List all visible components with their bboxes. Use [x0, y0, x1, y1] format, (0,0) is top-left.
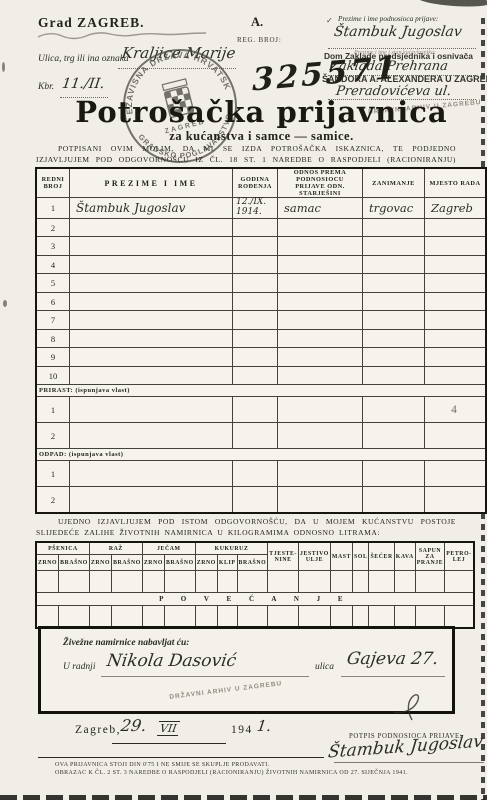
supplies-col-header: SOL — [353, 542, 369, 571]
supplies-cell — [445, 571, 474, 593]
person-cell — [363, 255, 425, 274]
supplies-cell — [89, 571, 111, 593]
person-row: 14 — [36, 397, 486, 423]
date-year-handwriting: 1. — [256, 717, 273, 735]
signature-line — [334, 762, 484, 763]
date-month-handwriting: VII — [157, 721, 180, 736]
supplies-cell — [217, 571, 237, 593]
person-cell — [70, 311, 233, 330]
kbr-value-handwriting: 11./II. — [61, 76, 106, 92]
person-cell — [233, 487, 278, 514]
person-row: 6 — [36, 292, 486, 311]
povecanje-row: P O V E Ć A N J E — [36, 593, 474, 606]
supplies-cell — [59, 571, 90, 593]
supplies-cell — [89, 606, 111, 629]
supplies-cell — [369, 571, 394, 593]
person-cell — [363, 366, 425, 385]
person-cell — [233, 292, 278, 311]
person-row: 5 — [36, 274, 486, 293]
section-letter: A. — [251, 15, 263, 30]
person-cell — [278, 487, 363, 514]
person-cell: 5 — [36, 274, 70, 293]
persons-header-cell: PREZIME I IME — [70, 168, 233, 198]
person-cell — [363, 329, 425, 348]
person-cell — [233, 348, 278, 367]
person-cell — [278, 237, 363, 256]
persons-header-row: REDNI BROJPREZIME I IMEGODINA ROĐENJAODN… — [36, 168, 486, 198]
persons-table-head: REDNI BROJPREZIME I IMEGODINA ROĐENJAODN… — [36, 168, 486, 198]
reg-broj-label: REG. BROJ: — [237, 36, 282, 44]
supplies-sub-header: ZRNO — [36, 555, 59, 571]
person-cell: 4 — [36, 255, 70, 274]
person-cell — [70, 423, 233, 449]
person-row: 10 — [36, 366, 486, 385]
person-cell: 8 — [36, 329, 70, 348]
person-cell: 6 — [36, 292, 70, 311]
person-cell — [70, 237, 233, 256]
supplies-cell — [369, 606, 394, 629]
person-cell: trgovac — [363, 198, 425, 219]
person-cell: 2 — [36, 487, 70, 514]
supplies-group-header: KUKURUZ — [195, 542, 268, 555]
person-row: 2 — [36, 423, 486, 449]
supplies-cell — [217, 606, 237, 629]
supplies-sub-header: KLIP — [217, 555, 237, 571]
supplies-cell — [237, 571, 268, 593]
footer-note-1: OVA PRIJAVNICA STOJI DIN 0'75 I NE SMIJE… — [55, 762, 270, 768]
person-row: 9 — [36, 348, 486, 367]
person-cell — [233, 329, 278, 348]
scan-speck — [3, 300, 7, 307]
person-cell: 1 — [36, 397, 70, 423]
person-cell — [233, 311, 278, 330]
person-cell: samac — [278, 198, 363, 219]
person-row: 1 — [36, 461, 486, 487]
person-cell — [278, 461, 363, 487]
supplies-cell — [36, 606, 59, 629]
person-cell — [233, 255, 278, 274]
fill-line — [101, 675, 309, 677]
shop-name-handwriting: Nikola Dasović — [106, 651, 238, 671]
supplies-cell — [36, 571, 59, 593]
person-cell — [70, 292, 233, 311]
person-cell — [278, 366, 363, 385]
person-cell: 3 — [36, 237, 70, 256]
person-cell — [70, 274, 233, 293]
supplies-col-header: SAPUN ZA PRANJE — [415, 542, 444, 571]
supplies-cell — [445, 606, 474, 629]
supplies-cell — [330, 571, 352, 593]
person-cell — [425, 348, 487, 367]
person-cell — [233, 274, 278, 293]
supplies-col-header: JESTIVO ULJE — [298, 542, 330, 571]
date-place: Zagreb, — [75, 724, 121, 736]
person-cell: 2 — [36, 218, 70, 237]
persons-table-body: 1Štambuk Jugoslav12./IX. 1914.samactrgov… — [36, 198, 486, 514]
person-cell — [70, 487, 233, 514]
person-cell — [233, 461, 278, 487]
person-cell — [363, 423, 425, 449]
person-cell — [278, 255, 363, 274]
supplies-cell — [394, 606, 415, 629]
supplies-table-head: PŠENICARAŽJEČAMKUKURUZTJESTE- NINEJESTIV… — [36, 542, 474, 571]
supplies-col-header: MAST — [330, 542, 352, 571]
applicant-name-handwriting: Štambuk Jugoslav — [333, 24, 463, 40]
supplies-col-header: TJESTE- NINE — [268, 542, 299, 571]
person-cell — [425, 423, 487, 449]
shop-box-title: Živežne namirnice nabavljat ću: — [63, 638, 189, 648]
supplies-cell — [268, 571, 299, 593]
person-cell — [70, 255, 233, 274]
person-cell — [70, 366, 233, 385]
date-fill-line — [112, 743, 226, 744]
person-cell — [278, 218, 363, 237]
person-cell — [363, 461, 425, 487]
person-cell: 1 — [36, 461, 70, 487]
scanned-form-page: Grad ZAGREB. A. REG. BROJ: ✓ Prezime i i… — [0, 0, 487, 800]
person-row: 2 — [36, 218, 486, 237]
form-subtitle: za kućanstva i samce — samice. — [60, 129, 463, 144]
fill-line — [328, 47, 476, 49]
person-row: 4 — [36, 255, 486, 274]
supplies-cell — [394, 571, 415, 593]
date-year-printed: 194 — [231, 724, 253, 736]
person-cell — [233, 366, 278, 385]
person-cell — [278, 274, 363, 293]
supplies-group-header: PŠENICA — [36, 542, 89, 555]
person-cell — [363, 237, 425, 256]
supplies-cell — [112, 571, 143, 593]
supplies-sub-header: ZRNO — [142, 555, 164, 571]
supplies-cell — [165, 571, 196, 593]
supplies-sub-header: BRAŠNO — [237, 555, 268, 571]
scan-speck — [2, 62, 5, 72]
supplies-sub-header: ZRNO — [195, 555, 217, 571]
persons-header-cell: ZANIMANJE — [363, 168, 425, 198]
odpad-band: ODPAD: (ispunjava vlast) — [36, 449, 486, 461]
supplies-cell — [353, 571, 369, 593]
person-cell — [278, 311, 363, 330]
person-row: 8 — [36, 329, 486, 348]
prirast-band: PRIRAST: (ispunjava vlast) — [36, 385, 486, 397]
person-cell — [278, 423, 363, 449]
person-cell — [425, 237, 487, 256]
person-row: 1Štambuk Jugoslav12./IX. 1914.samactrgov… — [36, 198, 486, 219]
scan-edge-bottom — [0, 795, 487, 800]
kbr-label: Kbr. — [38, 82, 54, 92]
supplies-cell — [415, 571, 444, 593]
supplies-cell — [268, 606, 299, 629]
person-cell — [363, 274, 425, 293]
supplies-cell — [195, 571, 217, 593]
persons-header-cell: REDNI BROJ — [36, 168, 70, 198]
footer-rule — [38, 757, 324, 758]
person-cell: 4 — [425, 397, 487, 423]
person-cell: Zagreb — [425, 198, 487, 219]
pen-flourish — [382, 688, 444, 722]
supplies-cell — [59, 606, 90, 629]
person-cell — [363, 487, 425, 514]
archive-stamp: DRŽAVNI ARHIV U ZAGREBU — [169, 680, 283, 701]
date-day-handwriting: 29. — [120, 716, 148, 735]
odpad-band-label: ODPAD: (ispunjava vlast) — [36, 449, 486, 461]
supplies-cell — [142, 606, 164, 629]
fill-line — [341, 675, 445, 677]
supplies-table: PŠENICARAŽJEČAMKUKURUZTJESTE- NINEJESTIV… — [35, 541, 475, 629]
person-cell — [363, 348, 425, 367]
prirast-band-label: PRIRAST: (ispunjava vlast) — [36, 385, 486, 397]
supplies-col-header: ŠEĆER — [369, 542, 394, 571]
person-cell — [233, 397, 278, 423]
applicant-label: Prezime i ime podnosioca prijave: — [338, 14, 438, 23]
supplies-group-header: RAŽ — [89, 542, 142, 555]
supplies-cell — [353, 606, 369, 629]
person-cell — [425, 292, 487, 311]
supplies-value-row — [36, 571, 474, 593]
supplies-cell — [195, 606, 217, 629]
person-cell: Štambuk Jugoslav — [70, 198, 233, 219]
povecanje-label: P O V E Ć A N J E — [36, 593, 474, 606]
person-cell: 10 — [36, 366, 70, 385]
supplies-table-body: P O V E Ć A N J E — [36, 571, 474, 629]
persons-table: REDNI BROJPREZIME I IMEGODINA ROĐENJAODN… — [35, 167, 487, 514]
supplies-cell — [165, 606, 196, 629]
supplies-sub-header: BRAŠNO — [165, 555, 196, 571]
person-cell — [233, 423, 278, 449]
person-cell — [278, 292, 363, 311]
supplies-cell — [112, 606, 143, 629]
person-cell — [425, 487, 487, 514]
person-cell — [70, 397, 233, 423]
person-cell: 1 — [36, 198, 70, 219]
supplies-sub-header: ZRNO — [89, 555, 111, 571]
supplies-cell — [298, 571, 330, 593]
shop-label: U radnji — [63, 662, 95, 672]
form-title: Potrošačka prijavnica — [60, 95, 463, 129]
person-cell — [233, 237, 278, 256]
persons-header-cell: ODNOS PREMA PODNOSIOCU PRIJAVE ODN. STAR… — [278, 168, 363, 198]
persons-header-cell: GODINA ROĐENJA — [233, 168, 278, 198]
persons-header-cell: MJESTO RADA — [425, 168, 487, 198]
supplies-cell — [142, 571, 164, 593]
person-cell — [425, 329, 487, 348]
scan-corner-mark — [418, 0, 487, 8]
person-cell: 2 — [36, 423, 70, 449]
supplies-paragraph: UJEDNO IZJAVLJUJEM POD ISTOM ODGOVORNOŠĆ… — [36, 516, 456, 539]
person-cell — [278, 397, 363, 423]
person-cell — [425, 366, 487, 385]
supplies-col-header: KAVA — [394, 542, 415, 571]
supplies-sub-header: BRAŠNO — [59, 555, 90, 571]
supplies-group-header: JEČAM — [142, 542, 195, 555]
person-cell — [363, 218, 425, 237]
supplies-cell — [298, 606, 330, 629]
person-cell — [70, 348, 233, 367]
shop-street-label: ulica — [315, 662, 334, 672]
supplies-sub-header: BRAŠNO — [112, 555, 143, 571]
shop-street-handwriting: Gajeva 27. — [346, 649, 440, 669]
supplies-group-row: PŠENICARAŽJEČAMKUKURUZTJESTE- NINEJESTIV… — [36, 542, 474, 555]
person-cell — [425, 274, 487, 293]
person-cell — [70, 329, 233, 348]
footer-note-2: OBRAZAC K ČL. 2 ST. 3 NAREDBE O RASPODJE… — [55, 770, 408, 776]
person-cell — [278, 329, 363, 348]
person-row: 2 — [36, 487, 486, 514]
person-cell — [363, 397, 425, 423]
supplies-col-header: PETRO- LEJ — [445, 542, 474, 571]
person-cell — [233, 218, 278, 237]
person-cell: 7 — [36, 311, 70, 330]
person-cell — [425, 255, 487, 274]
person-cell — [70, 461, 233, 487]
pen-checkmark-icon: ✓ — [326, 16, 333, 25]
person-cell — [425, 218, 487, 237]
supplies-cell — [415, 606, 444, 629]
person-row: 7 — [36, 311, 486, 330]
supplies-value-row — [36, 606, 474, 629]
person-cell — [425, 311, 487, 330]
person-cell — [363, 292, 425, 311]
person-cell: 9 — [36, 348, 70, 367]
person-row: 3 — [36, 237, 486, 256]
person-cell — [278, 348, 363, 367]
person-cell — [70, 218, 233, 237]
supplies-cell — [237, 606, 268, 629]
person-cell — [425, 461, 487, 487]
person-cell: 12./IX. 1914. — [233, 198, 278, 219]
person-cell — [363, 311, 425, 330]
supplies-cell — [330, 606, 352, 629]
